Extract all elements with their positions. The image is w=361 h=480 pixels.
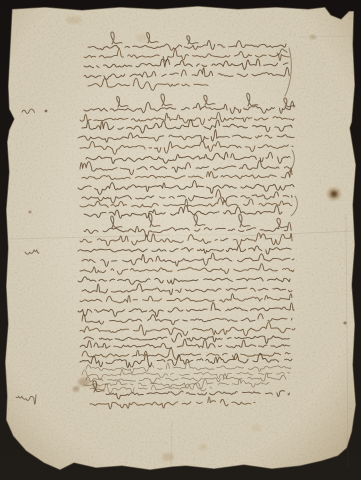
stain-spot — [45, 110, 48, 113]
stain-spot — [136, 34, 148, 42]
stain-spot — [162, 453, 174, 461]
stain-spot — [251, 425, 261, 431]
stain-spot — [310, 35, 316, 40]
manuscript-scan — [0, 0, 361, 480]
stain-spot — [331, 191, 337, 197]
stain-spot — [29, 211, 32, 214]
stain-spot — [343, 321, 346, 324]
stain-spot — [73, 386, 79, 391]
stain-spot — [66, 16, 82, 24]
stain-spot — [199, 444, 207, 450]
manuscript-image — [0, 0, 361, 480]
